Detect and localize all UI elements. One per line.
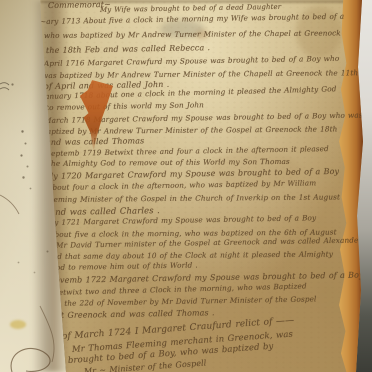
ink-specks: [0, 0, 1, 1]
photo-of-register-page: FL ard ET Commemorat~ My Wife was brough…: [0, 0, 372, 372]
manuscript-line: Fleming Minister of the Gospel in the Ch…: [46, 193, 340, 203]
manuscript-line: and that same day about 10 of the Clock …: [48, 251, 333, 261]
yellow-stain: [10, 320, 26, 329]
manuscript-line: the Almighty God to remove out of this W…: [48, 158, 290, 167]
